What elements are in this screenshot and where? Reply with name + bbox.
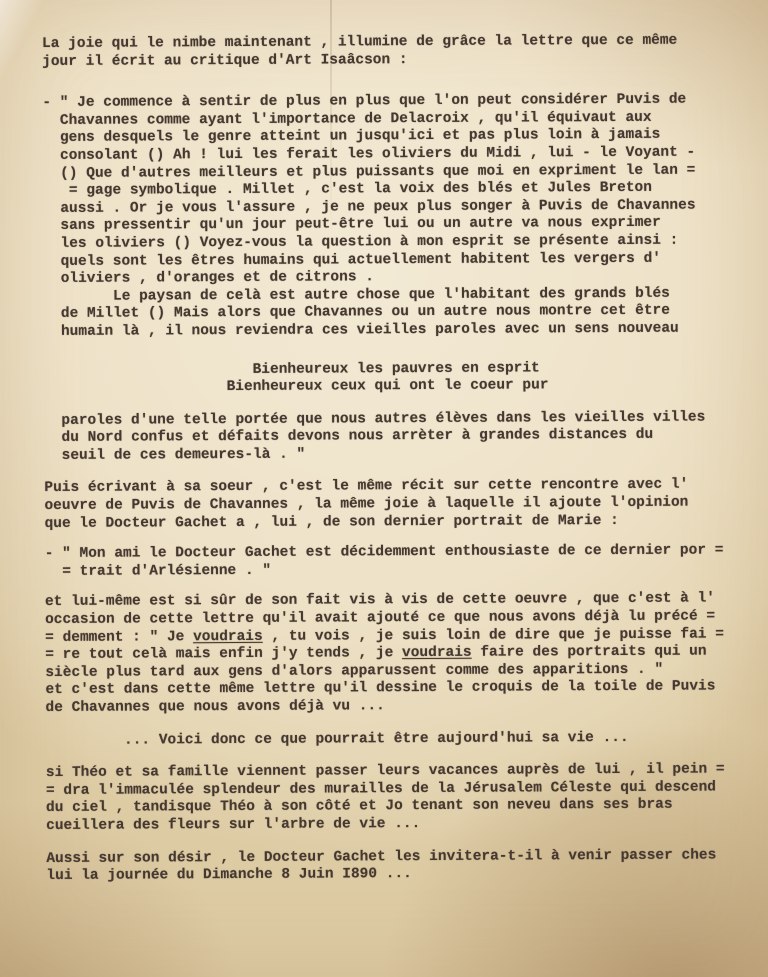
quote-continuation: paroles d'une telle portée que nous autr…: [44, 409, 748, 465]
text-line: jour il écrit au critique d'Art Isaâcson…: [42, 50, 746, 71]
text-line: du Nord confus et défaits devons nous ar…: [44, 427, 748, 448]
text-line: que le Docteur Gachet a , lui , de son d…: [45, 512, 749, 533]
text-line: cueillera des fleurs sur l'arbre de vie …: [46, 814, 750, 835]
text-line: lui la journée du Dimanche 8 Juin I890 .…: [46, 864, 750, 885]
beatitudes: Bienheureux les pauvres en esprit Bienhe…: [44, 359, 748, 398]
intro-paragraph: La joie qui le nimbe maintenant , illumi…: [42, 32, 746, 71]
text-line: - " Mon ami le Docteur Gachet est décide…: [45, 543, 749, 564]
text-line: oeuvre de Puvis de Chavannes , la même j…: [44, 494, 748, 515]
text-line: et c'est dans cette même lettre qu'il de…: [45, 679, 749, 700]
voudrais-paragraph: et lui-même est si sûr de son fait vis à…: [45, 591, 750, 718]
gachet-quote: - " Mon ami le Docteur Gachet est décide…: [45, 543, 749, 582]
text-line: humain là , il nous reviendra ces vieill…: [44, 320, 748, 341]
page-text: La joie qui le nimbe maintenant , illumi…: [42, 32, 750, 885]
text-line: La joie qui le nimbe maintenant , illumi…: [42, 32, 746, 53]
soeur-paragraph: Puis écrivant à sa soeur , c'est le même…: [44, 477, 748, 533]
typewritten-page: La joie qui le nimbe maintenant , illumi…: [0, 0, 768, 977]
theo-paragraph: si Théo et sa famille viennent passer le…: [46, 761, 750, 835]
voici-line: ... Voici donc ce que pourrait être aujo…: [46, 729, 750, 750]
text-line: seuil de ces demeures-là . ": [44, 444, 748, 465]
text-line: du ciel , tandisque Théo à son côté et J…: [46, 797, 750, 818]
text-line: de Chavannes que nous avons déjà vu ...: [45, 696, 749, 717]
text-line: ... Voici donc ce que pourrait être aujo…: [46, 729, 750, 750]
invitation-paragraph: Aussi sur son désir , le Docteur Gachet …: [46, 847, 750, 886]
text-line: = trait d'Arlésienne . ": [45, 560, 749, 581]
isaacson-quote: - " Je commence à sentir de plus en plus…: [42, 92, 747, 342]
text-line: Bienheureux ceux qui ont le coeur pur: [44, 376, 748, 397]
